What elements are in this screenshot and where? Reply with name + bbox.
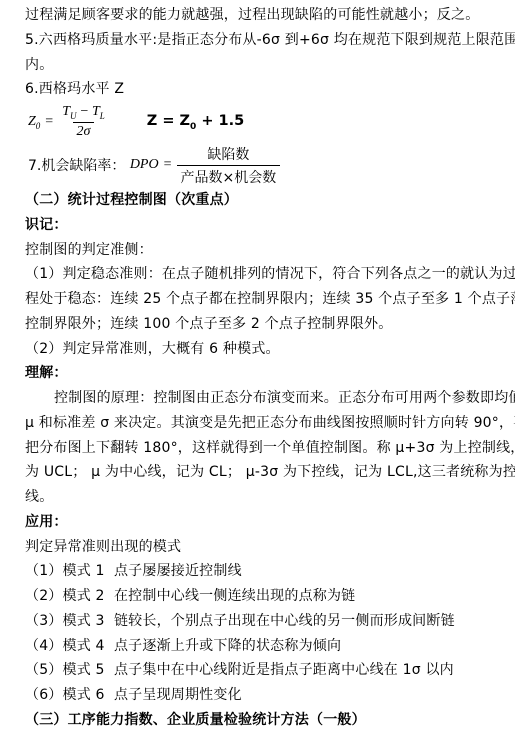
- formula-dpo: 7.机会缺陷率： DPO = 缺陷数 产品数×机会数: [25, 142, 495, 188]
- document-page: 过程满足顾客要求的能力就越强，过程出现缺陷的可能性就越小；反之。 5.六西格玛质…: [0, 0, 515, 739]
- formula-z0-symbol: Z0: [28, 114, 40, 131]
- body-line-sigma-level-z: 6.西格玛水平 Z: [25, 77, 495, 102]
- body-line-six-sigma-definition: 5.六西格玛质量水平:是指正态分布从-6σ 到+6σ 均在规范下限到规范上限范围: [25, 28, 495, 53]
- keyword-heading-understand: 理解：: [25, 361, 495, 386]
- body-line-chart-principle-cont4: 线。: [25, 485, 495, 510]
- section-heading-2-spc-charts: （二）统计过程控制图（次重点）: [25, 188, 495, 213]
- body-line-steady-state-rule: （1）判定稳态准则：在点子随机排列的情况下，符合下列各点之一的就认为过: [25, 262, 495, 287]
- equals-sign: =: [45, 114, 53, 130]
- body-line-mode-4: （4）模式 4 点子逐渐上升或下降的状态称为倾向: [25, 634, 495, 659]
- body-line-mode-1: （1）模式 1 点子屡屡接近控制线: [25, 559, 495, 584]
- body-line-chart-principle-cont2: 把分布图上下翻转 180°，这样就得到一个单值控制图。称 μ+3σ 为上控制线，…: [25, 436, 495, 461]
- body-line-mode-6: （6）模式 6 点子呈现周期性变化: [25, 683, 495, 708]
- dpo-item-label: 7.机会缺陷率：: [28, 155, 130, 175]
- dpo-symbol: DPO: [130, 157, 159, 173]
- body-line-abnormal-modes-intro: 判定异常准则出现的模式: [25, 535, 495, 560]
- equals-sign: =: [164, 157, 172, 173]
- body-line-mode-5: （5）模式 5 点子集中在中心线附近是指点子距离中心线在 1σ 以内: [25, 658, 495, 683]
- fraction-defects-over-opportunities: 缺陷数 产品数×机会数: [177, 144, 281, 187]
- section-heading-3-process-capability: （三）工序能力指数、企业质量检验统计方法（一般）: [25, 708, 495, 733]
- fraction-denominator: 2σ: [73, 122, 95, 140]
- body-line-mode-3: （3）模式 3 链较长，个别点子出现在中心线的另一侧而形成间断链: [25, 609, 495, 634]
- body-line-judgment-rules: 控制图的判定准侧：: [25, 238, 495, 263]
- keyword-heading-apply: 应用：: [25, 510, 495, 535]
- body-line-six-sigma-definition-cont: 内。: [25, 53, 495, 78]
- body-line-chart-principle: 控制图的原理：控制图由正态分布演变而来。正态分布可用两个参数即均值: [25, 386, 495, 411]
- body-line-chart-principle-cont1: μ 和标准差 σ 来决定。其演变是先把正态分布曲线图按照顺时针方向转 90°，再: [25, 411, 495, 436]
- body-line-abnormal-rule: （2）判定异常准则，大概有 6 种模式。: [25, 337, 495, 362]
- body-line-steady-state-rule-cont2: 控制界限外；连续 100 个点子至多 2 个点子控制界限外。: [25, 312, 495, 337]
- formula-sigma-level: Z0 = TU−TL 2σ Z = Z0 + 1.5: [25, 102, 495, 142]
- minus-sign: −: [80, 104, 89, 119]
- fraction-numerator: 缺陷数: [203, 144, 253, 165]
- keyword-heading-memorize: 识记：: [25, 213, 495, 238]
- body-line-steady-state-rule-cont1: 程处于稳态：连续 25 个点子都在控制界限内；连续 35 个点子至多 1 个点子…: [25, 287, 495, 312]
- body-line-mode-2: （2）模式 2 在控制中心线一侧连续出现的点称为链: [25, 584, 495, 609]
- body-line-capability: 过程满足顾客要求的能力就越强，过程出现缺陷的可能性就越小；反之。: [25, 3, 495, 28]
- fraction-numerator: TU−TL: [58, 104, 109, 122]
- formula-z-shift: Z = Z0 + 1.5: [147, 113, 244, 132]
- fraction-denominator: 产品数×机会数: [177, 165, 281, 187]
- fraction-tolerance-over-sigma: TU−TL 2σ: [58, 104, 109, 140]
- body-line-chart-principle-cont3: 为 UCL； μ 为中心线，记为 CL； μ-3σ 为下控线，记为 LCL,这三…: [25, 460, 495, 485]
